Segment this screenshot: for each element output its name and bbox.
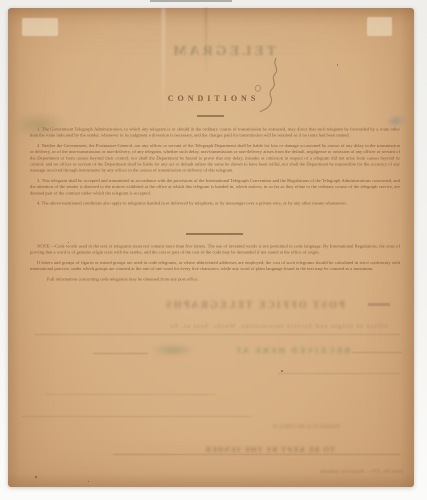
ghost-rule-segment xyxy=(368,303,390,306)
paper-speck xyxy=(281,370,283,372)
ghost-rule-line xyxy=(113,454,400,455)
ghost-rule-line xyxy=(35,334,400,335)
note-paragraph-2: If letters and groups of figures or mixe… xyxy=(30,259,400,271)
condition-paragraph-4: 4. The above-mentioned conditions also a… xyxy=(30,200,400,206)
conditions-paragraphs: 1. The Government Telegraph Administrati… xyxy=(30,126,400,210)
paper-speck xyxy=(88,481,89,482)
ghost-rule-line xyxy=(278,373,400,374)
ghost-green-stamp: RECEIVED HERE AT xyxy=(150,345,350,355)
note-paragraph-1: NOTE.—Code words used in the text of tel… xyxy=(30,243,400,255)
condition-paragraph-2: 2. Neither the Government, the Postmaste… xyxy=(30,142,400,173)
paper-crease xyxy=(162,8,165,123)
page-title: CONDITIONS xyxy=(0,94,427,103)
paper-speck xyxy=(68,242,69,243)
photo-background: TELEGRAM CONDITIONS 1. The Government Te… xyxy=(0,0,427,500)
paper-speck xyxy=(337,64,338,66)
ghost-rule-line xyxy=(22,416,252,417)
ghost-rule-line xyxy=(45,394,215,395)
paper-crease-dark xyxy=(205,8,207,78)
condition-paragraph-1: 1. The Government Telegraph Administrati… xyxy=(30,126,400,138)
ghost-handed-in-line: Handed in at the Office at xyxy=(175,423,340,430)
ghost-keep-by-sender-line: TO BE KEPT BY THE SENDER xyxy=(145,445,335,454)
note-paragraphs: NOTE.—Code words used in the text of tel… xyxy=(30,243,400,286)
ghost-rule-line xyxy=(93,353,148,354)
ghost-form-number: Form No. 676 — Printed by authority xyxy=(268,469,403,475)
ghost-rule-line xyxy=(352,352,402,353)
paper-speck xyxy=(35,476,37,478)
ghost-front-header-band: POST OFFICE TELEGRAPHS xyxy=(95,300,345,311)
section-divider-rule xyxy=(186,233,243,235)
ghost-front-field-labels: Office of Origin and Service Instruction… xyxy=(88,323,388,330)
tape-remnant-right xyxy=(367,17,392,36)
pencil-squiggle-mark xyxy=(252,56,288,114)
condition-paragraph-3: 3. This telegram shall be accepted and t… xyxy=(30,177,400,196)
ink-smudge-left xyxy=(12,112,67,138)
photo-edge-mark xyxy=(150,0,232,2)
note-paragraph-3: Full information concerning code telegra… xyxy=(30,276,400,282)
heading-underline-rule xyxy=(197,115,224,117)
tape-remnant-left xyxy=(22,18,58,36)
